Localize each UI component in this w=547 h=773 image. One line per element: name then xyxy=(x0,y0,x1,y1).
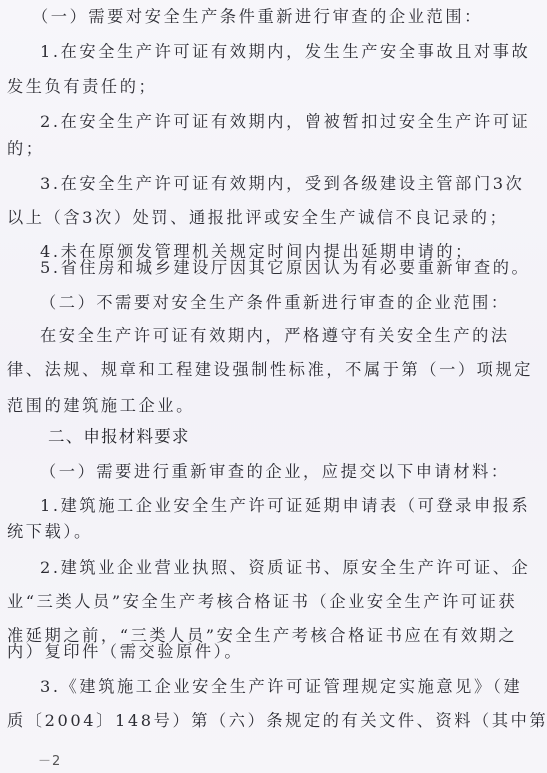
section-heading-materials: 二、申报材料要求 xyxy=(48,425,190,449)
paragraph-line: 质〔2004〕148号）第（六）条规定的有关文件、资料（其中第 xyxy=(7,709,547,733)
section-1-subheading: （一）需要对安全生产条件重新进行审查的企业范围： xyxy=(32,5,483,29)
section-2-subheading: （二）不需要对安全生产条件重新进行审查的企业范围： xyxy=(40,291,510,315)
document-page: ​ （一）需要对安全生产条件重新进行审查的企业范围： 1.在安全生产许可证有效期… xyxy=(0,0,547,773)
paragraph-line: 发生负有责任的； xyxy=(7,75,157,99)
paragraph-line: 的； xyxy=(7,137,45,161)
paragraph-line: 以上（含3次）处罚、通报批评或安全生产诚信不良记录的； xyxy=(7,206,508,230)
paragraph-line: 业“三类人员”安全生产考核合格证书（企业安全生产许可证获 xyxy=(7,590,517,614)
page-number: －2 xyxy=(38,750,61,769)
paragraph-line: 律、法规、规章和工程建设强制性标准，不属于第（一）项规定 xyxy=(7,358,533,382)
paragraph-line: 内）复印件（需交验原件）。 xyxy=(7,640,243,664)
paragraph-line: 2.在安全生产许可证有效期内，曾被暂扣过安全生产许可证 xyxy=(40,110,530,134)
paragraph-line: 2.建筑业企业营业执照、资质证书、原安全生产许可证、企 xyxy=(40,556,530,580)
paragraph-line: 3.《建筑施工企业安全生产许可证管理规定实施意见》（建 xyxy=(40,675,522,699)
materials-subheading: （一）需要进行重新审查的企业，应提交以下申请材料： xyxy=(40,460,510,484)
paragraph-line: 在安全生产许可证有效期内，严格遵守有关安全生产的法 xyxy=(40,324,510,348)
paragraph-line: 范围的建筑施工企业。 xyxy=(7,394,195,418)
paragraph-line: 统下载）。 xyxy=(7,520,93,544)
paragraph-line: 5.省住房和城乡建设厅因其它原因认为有必要重新审查的。 xyxy=(40,256,530,280)
paragraph-line: 3.在安全生产许可证有效期内，受到各级建设主管部门3次 xyxy=(40,172,524,196)
paragraph-line: 1.建筑施工企业安全生产许可证延期申请表（可登录申报系 xyxy=(40,494,530,518)
paragraph-line: 1.在安全生产许可证有效期内，发生生产安全事故且对事故 xyxy=(40,40,530,64)
